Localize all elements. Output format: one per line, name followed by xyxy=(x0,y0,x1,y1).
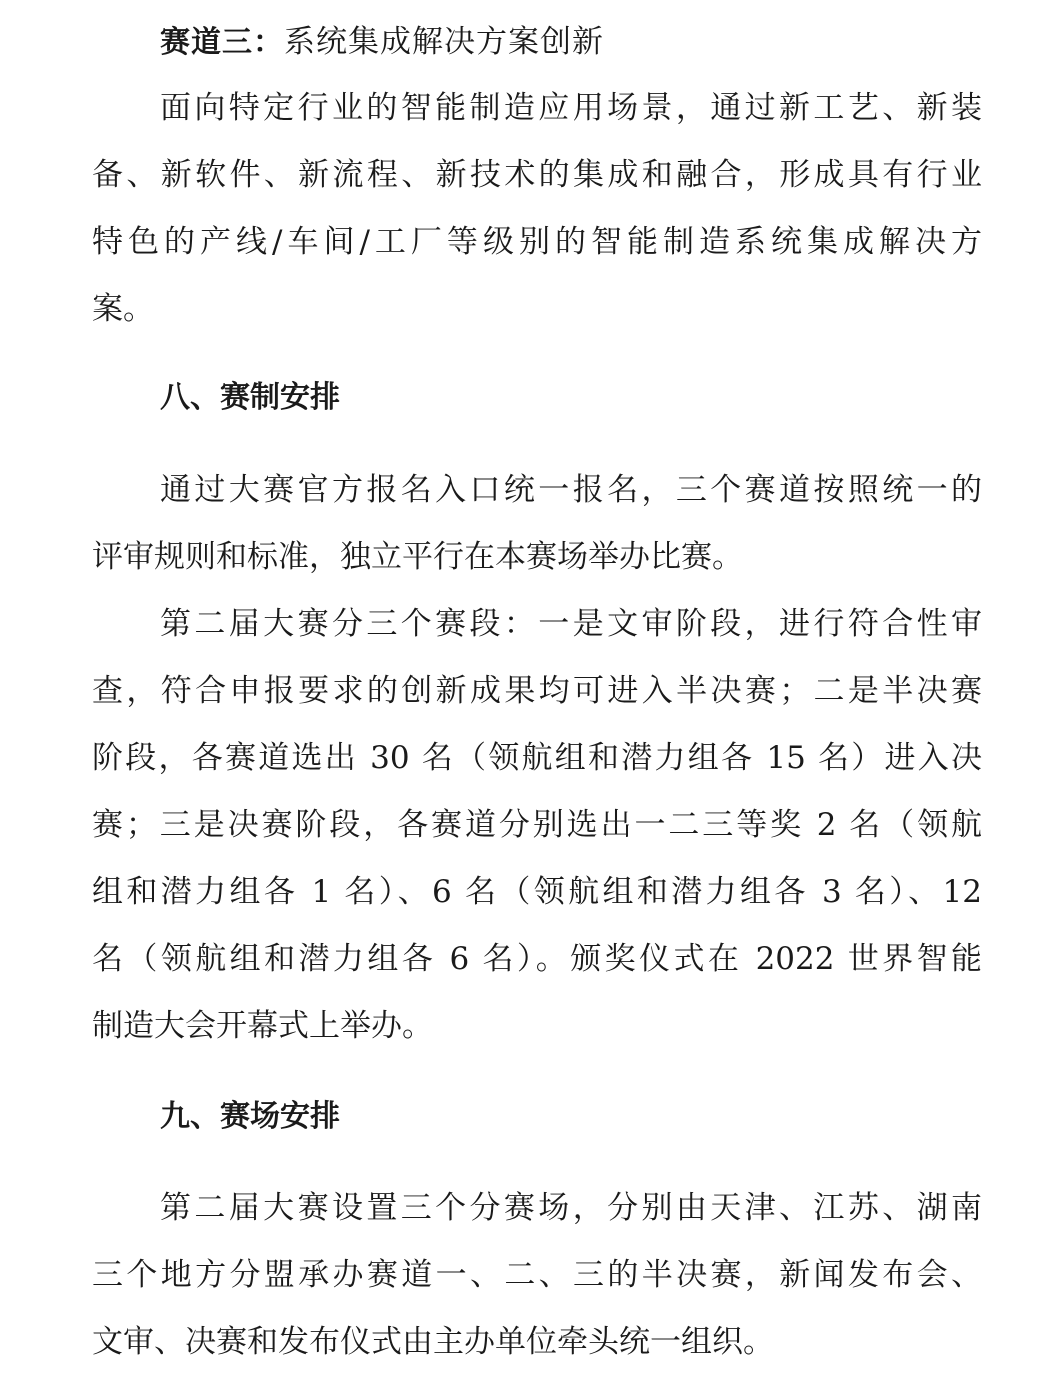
paragraph-line: 通过大赛官方报名入口统一报名，三个赛道按照统一的 xyxy=(160,470,982,510)
paragraph-line: 组和潜力组各 1 名）、6 名（领航组和潜力组各 3 名）、12 xyxy=(92,872,982,912)
section-heading-competition-format: 八、赛制安排 xyxy=(160,378,340,418)
paragraph-line: 赛；三是决赛阶段，各赛道分别选出一二三等奖 2 名（领航 xyxy=(92,805,982,845)
paragraph-line: 三个地方分盟承办赛道一、二、三的半决赛，新闻发布会、 xyxy=(92,1255,982,1295)
paragraph-line: 第二届大赛设置三个分赛场，分别由天津、江苏、湖南 xyxy=(160,1188,982,1228)
paragraph-line: 名（领航组和潜力组各 6 名）。颁奖仪式在 2022 世界智能 xyxy=(92,939,982,979)
paragraph-line: 查，符合申报要求的创新成果均可进入半决赛；二是半决赛 xyxy=(92,671,982,711)
track3-heading-title: 系统集成解决方案创新 xyxy=(284,24,604,60)
paragraph-line: 特色的产线/车间/工厂等级别的智能制造系统集成解决方 xyxy=(92,222,982,262)
track3-heading: 赛道三：系统集成解决方案创新 xyxy=(160,22,604,62)
paragraph-line: 案。 xyxy=(92,289,982,329)
track3-heading-label: 赛道三： xyxy=(160,25,284,60)
document-page: 赛道三：系统集成解决方案创新 面向特定行业的智能制造应用场景，通过新工艺、新装 … xyxy=(0,0,1062,1384)
paragraph-line: 面向特定行业的智能制造应用场景，通过新工艺、新装 xyxy=(160,88,982,128)
paragraph-line: 制造大会开幕式上举办。 xyxy=(92,1006,982,1046)
section-heading-venue-arrangement: 九、赛场安排 xyxy=(160,1097,340,1137)
paragraph-line: 第二届大赛分三个赛段：一是文审阶段，进行符合性审 xyxy=(160,604,982,644)
paragraph-line: 评审规则和标准，独立平行在本赛场举办比赛。 xyxy=(92,537,982,577)
paragraph-line: 阶段，各赛道选出 30 名（领航组和潜力组各 15 名）进入决 xyxy=(92,738,982,778)
paragraph-line: 备、新软件、新流程、新技术的集成和融合，形成具有行业 xyxy=(92,155,982,195)
paragraph-line: 文审、决赛和发布仪式由主办单位牵头统一组织。 xyxy=(92,1322,982,1362)
